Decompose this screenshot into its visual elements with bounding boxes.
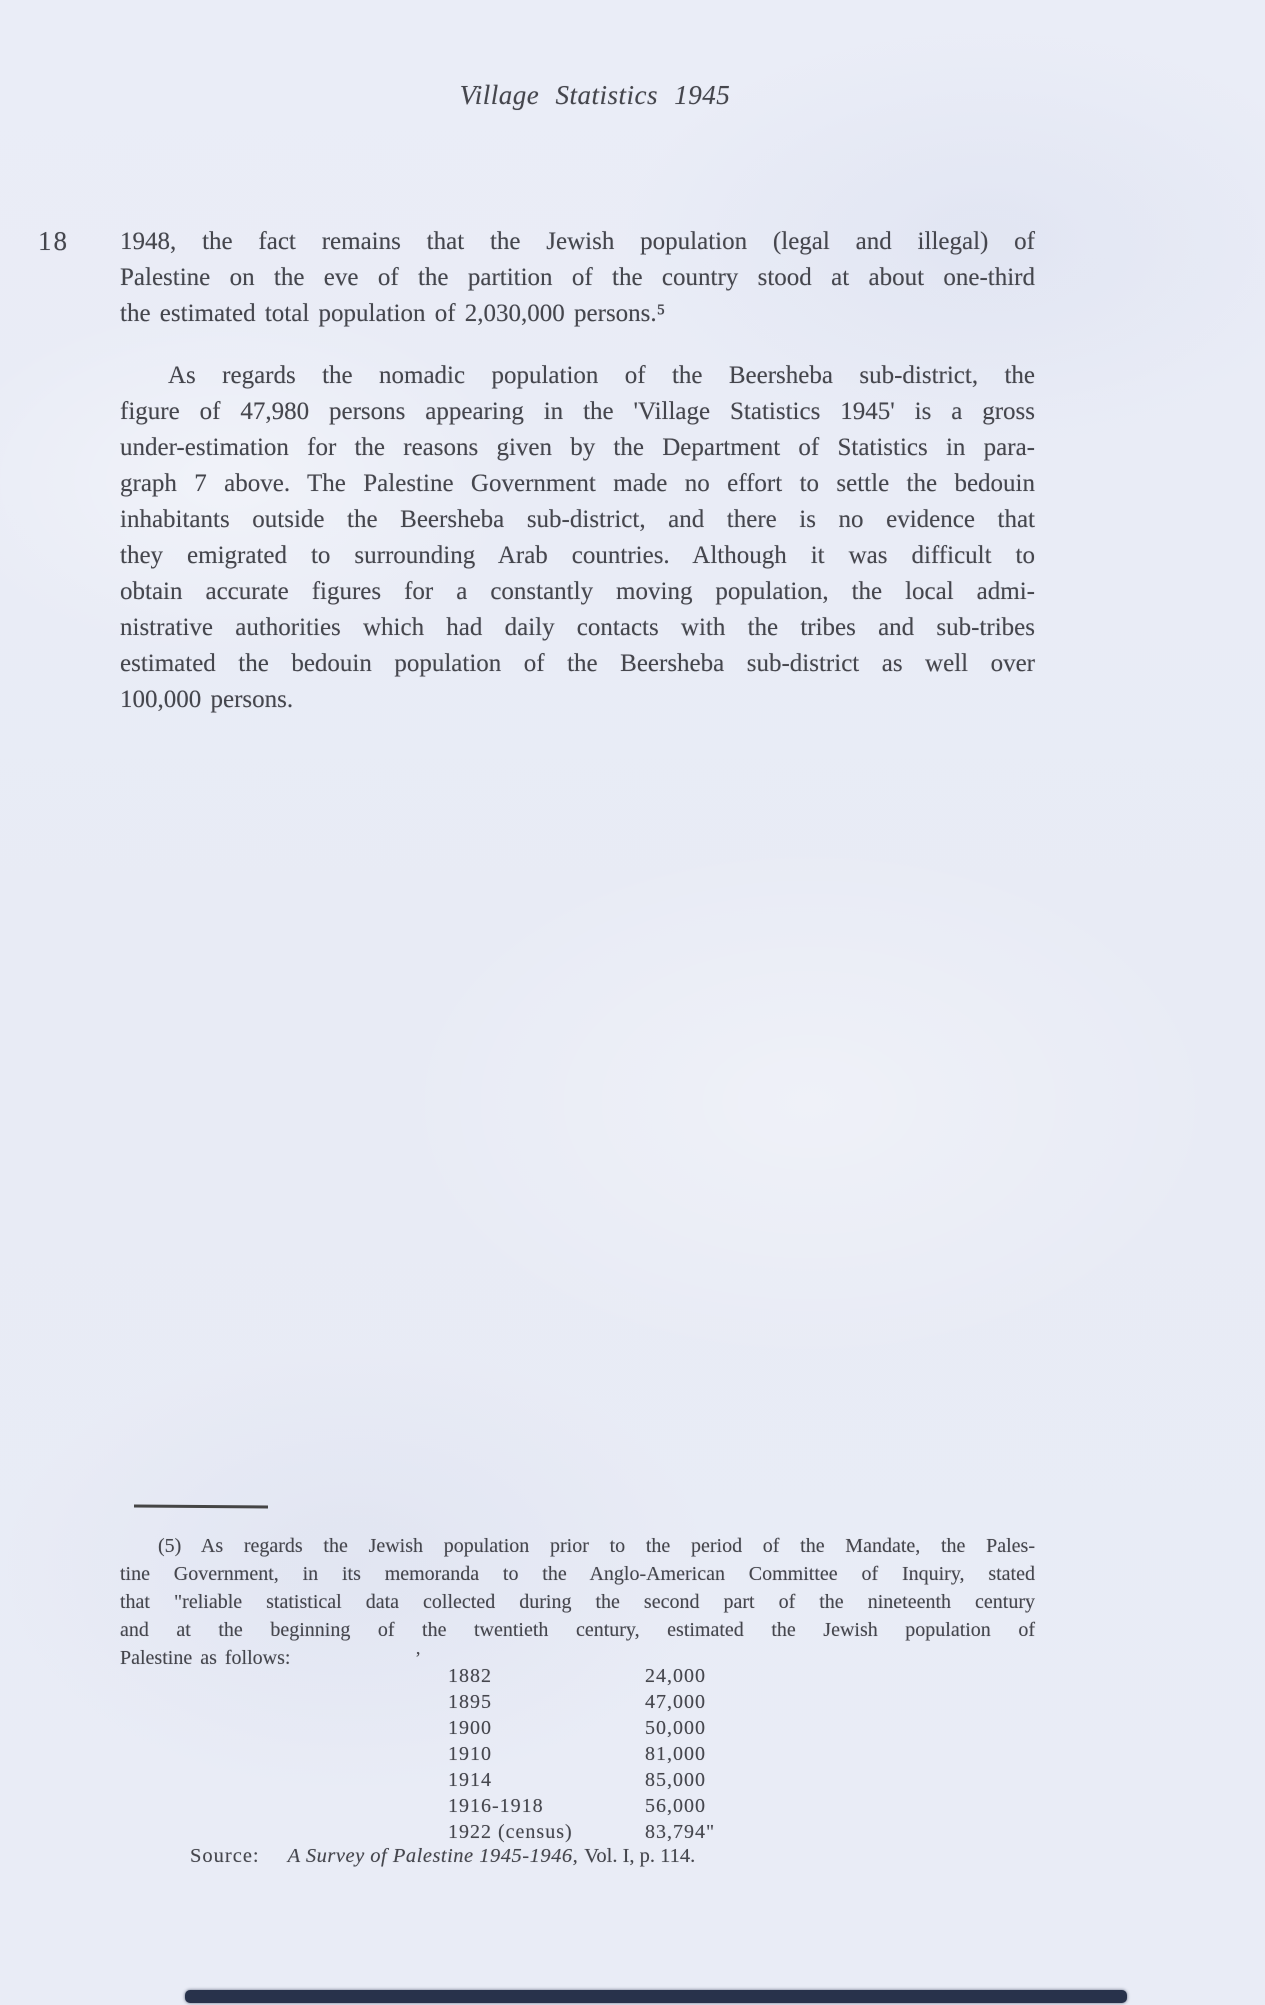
source-detail: Vol. I, p. 114. (584, 1845, 695, 1867)
value-cell: 24,000 (645, 1663, 706, 1689)
text-line: inhabitants outside the Beersheba sub-di… (120, 502, 1035, 538)
paragraph-1: 1948, the fact remains that the Jewish p… (120, 224, 1035, 332)
scan-edge-bar (185, 1990, 1127, 2003)
year-cell: 1914 (448, 1767, 645, 1793)
year-cell: 1922 (census) (448, 1819, 645, 1845)
source-line: Source:A Survey of Palestine 1945-1946,V… (190, 1845, 695, 1868)
text-line: nistrative authorities which had daily c… (120, 610, 1035, 646)
year-cell: 1895 (448, 1689, 645, 1715)
table-row: 1895 47,000 (448, 1689, 715, 1715)
year-cell: 1900 (448, 1715, 645, 1741)
value-cell: 81,000 (645, 1741, 706, 1767)
footnote-line: (5) As regards the Jewish population pri… (120, 1532, 1035, 1560)
text-line: figure of 47,980 persons appearing in th… (120, 394, 1035, 430)
year-cell: 1882 (448, 1663, 645, 1689)
text-line: estimated the bedouin population of the … (120, 646, 1035, 682)
table-row: 1882 24,000 (448, 1663, 715, 1689)
year-cell: 1916-1918 (448, 1793, 645, 1819)
source-work-title: A Survey of Palestine 1945-1946, (288, 1845, 579, 1867)
value-cell: 47,000 (645, 1689, 706, 1715)
table-row: 1900 50,000 (448, 1715, 715, 1741)
page-number: 18 (38, 226, 69, 257)
value-cell: 85,000 (645, 1767, 706, 1793)
stray-print-mark: ’ (415, 1644, 421, 1672)
text-line: the estimated total population of 2,030,… (120, 296, 1035, 332)
text-line: graph 7 above. The Palestine Government … (120, 466, 1035, 502)
text-line: Palestine on the eve of the partition of… (120, 260, 1035, 296)
text-line: obtain accurate figures for a constantly… (120, 574, 1035, 610)
footnote-5: (5) As regards the Jewish population pri… (120, 1532, 1035, 1672)
running-title: Village Statistics 1945 (0, 80, 1190, 111)
text-line: they emigrated to surrounding Arab count… (120, 538, 1035, 574)
value-cell: 56,000 (645, 1793, 706, 1819)
table-row: 1914 85,000 (448, 1767, 715, 1793)
table-row: 1922 (census) 83,794" (448, 1819, 715, 1845)
text-line: under-estimation for the reasons given b… (120, 430, 1035, 466)
table-row: 1916-1918 56,000 (448, 1793, 715, 1819)
year-cell: 1910 (448, 1741, 645, 1767)
footnote-line: tine Government, in its memoranda to the… (120, 1560, 1035, 1588)
text-line: 1948, the fact remains that the Jewish p… (120, 224, 1035, 260)
value-cell: 50,000 (645, 1715, 706, 1741)
text-line: As regards the nomadic population of the… (120, 358, 1035, 394)
footnote-population-table: 1882 24,000 1895 47,000 1900 50,000 1910… (448, 1663, 715, 1845)
source-label: Source: (190, 1845, 260, 1867)
text-line: 100,000 persons. (120, 682, 1035, 718)
footnote-line: that "reliable statistical data collecte… (120, 1588, 1035, 1616)
value-cell: 83,794" (645, 1819, 715, 1845)
footnote-line: and at the beginning of the twentieth ce… (120, 1616, 1035, 1644)
paragraph-2: As regards the nomadic population of the… (120, 358, 1035, 718)
table-row: 1910 81,000 (448, 1741, 715, 1767)
